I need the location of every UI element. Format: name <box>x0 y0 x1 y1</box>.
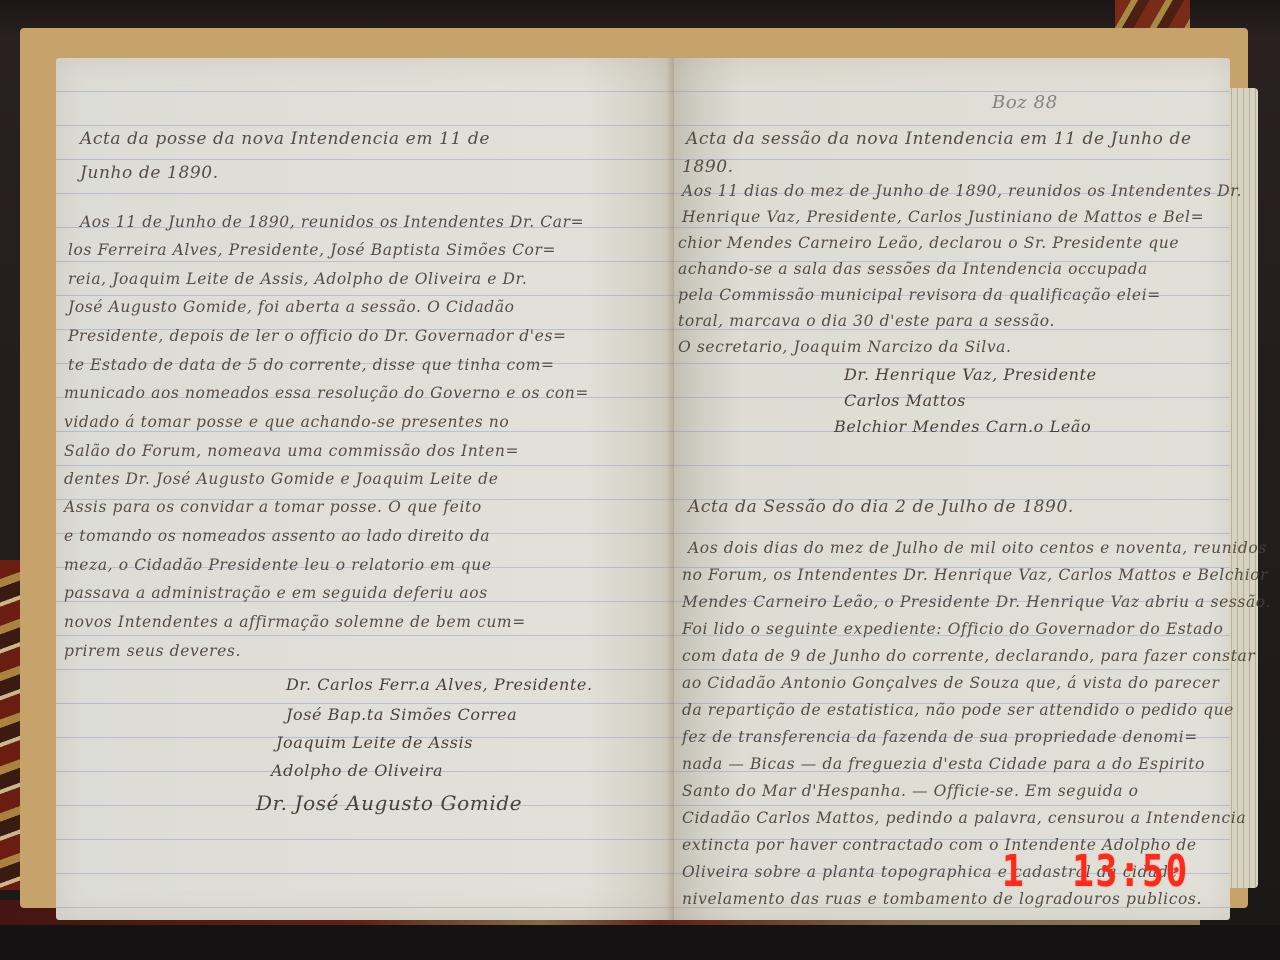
right-page: Boz 88 Acta da sessão da nova Intendenci… <box>674 58 1230 920</box>
camera-timestamp: 1 13:50 <box>1002 846 1189 897</box>
signature: Dr. Carlos Ferr.a Alves, Presidente. <box>286 668 593 702</box>
page-edges <box>1226 88 1258 888</box>
left-title-line-1: Acta da posse da nova Intendencia em 11 … <box>80 122 490 156</box>
right-title-line-1: Acta da sessão da nova Intendencia em 11… <box>686 122 1192 156</box>
signature: Dr. José Augusto Gomide <box>256 786 522 820</box>
left-title-line-2: Junho de 1890. <box>80 156 219 190</box>
timestamp-frame: 1 <box>1002 846 1025 897</box>
timestamp-time: 13:50 <box>1072 846 1189 897</box>
signature: Belchior Mendes Carn.o Leão <box>834 410 1091 444</box>
section2-title: Acta da Sessão do dia 2 de Julho de 1890… <box>688 490 1074 524</box>
ledger-book: Acta da posse da nova Intendencia em 11 … <box>20 28 1248 908</box>
folio-number: Boz 88 <box>992 86 1058 120</box>
signature: Adolpho de Oliveira <box>271 754 443 788</box>
table-edge <box>0 925 1280 960</box>
left-page: Acta da posse da nova Intendencia em 11 … <box>56 58 674 920</box>
left-body-line: prirem seus deveres. <box>64 634 241 668</box>
